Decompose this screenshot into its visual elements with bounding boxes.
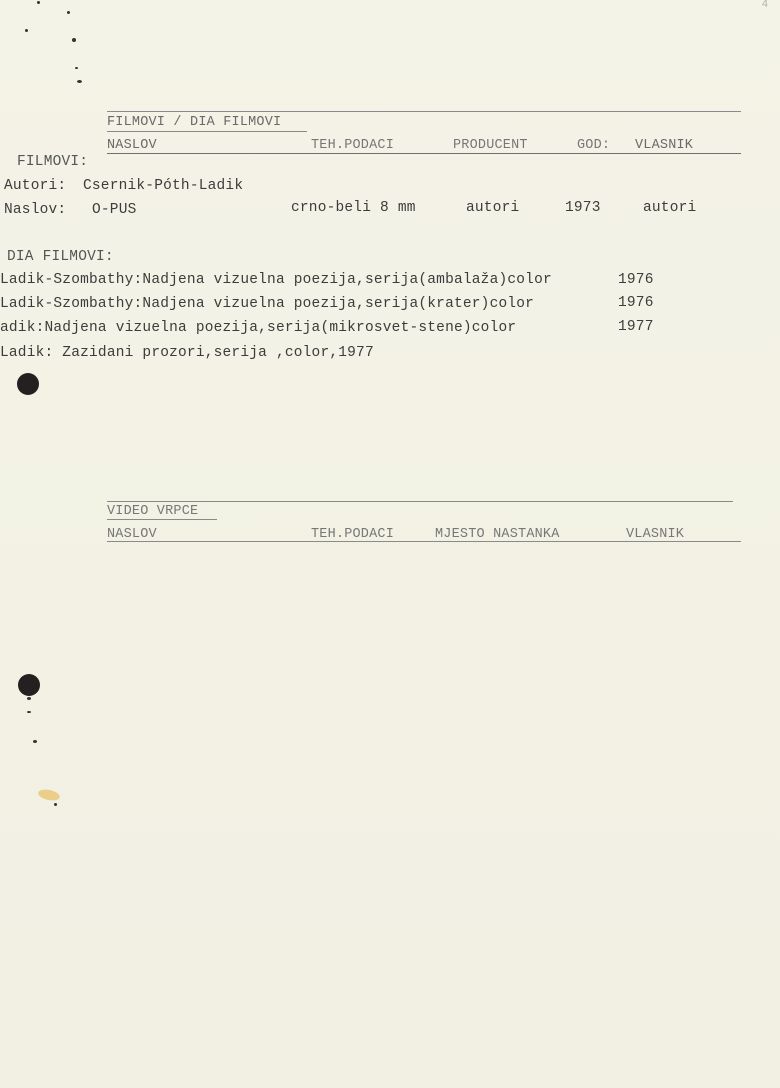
ink-speck — [27, 711, 31, 713]
ink-speck — [27, 697, 31, 700]
dia-film-row: Ladik: Zazidani prozori,serija ,color,19… — [0, 344, 374, 362]
film-vlasnik: autori — [643, 199, 696, 217]
film-naslov: O-PUS — [92, 201, 137, 219]
header-rule — [107, 153, 741, 154]
film-producent: autori — [466, 199, 519, 217]
header-rule — [107, 541, 741, 542]
film-naslov-label: Naslov: — [4, 201, 66, 219]
dia-film-year: 1976 — [618, 271, 654, 289]
film-god: 1973 — [565, 199, 601, 217]
ink-speck — [72, 38, 76, 42]
dia-film-year: 1977 — [618, 318, 654, 336]
dia-film-row: adik:Nadjena vizuelna poezija,serija(mik… — [0, 319, 516, 337]
films-label: FILMOVI: — [17, 153, 88, 171]
film-autori: Csernik-Póth-Ladik — [83, 177, 243, 195]
dia-film-row: Ladik-Szombathy:Nadjena vizuelna poezija… — [0, 271, 552, 289]
punch-hole — [17, 373, 39, 395]
section-top-rule — [107, 111, 741, 112]
section-title: FILMOVI / DIA FILMOVI — [107, 114, 281, 132]
dia-film-row: Ladik-Szombathy:Nadjena vizuelna poezija… — [0, 295, 534, 313]
page-number: 4 — [762, 0, 768, 10]
title-underline — [107, 131, 307, 132]
dia-film-year: 1976 — [618, 294, 654, 312]
ink-speck — [25, 29, 28, 32]
ink-speck — [37, 1, 40, 4]
title-underline — [107, 519, 217, 520]
dia-films-label: DIA FILMOVI: — [7, 248, 114, 266]
document-page: 4 FILMOVI / DIA FILMOVI NASLOV TEH.PODAC… — [0, 0, 780, 1088]
ink-speck — [33, 740, 37, 743]
film-teh-podaci: crno-beli 8 mm — [291, 199, 416, 217]
punch-hole — [18, 674, 40, 696]
ink-speck — [54, 803, 57, 806]
stain-mark — [37, 788, 61, 802]
ink-speck — [77, 80, 82, 83]
section-top-rule — [107, 501, 733, 502]
ink-speck — [67, 11, 70, 14]
film-autori-label: Autori: — [4, 177, 66, 195]
ink-speck — [75, 67, 78, 69]
